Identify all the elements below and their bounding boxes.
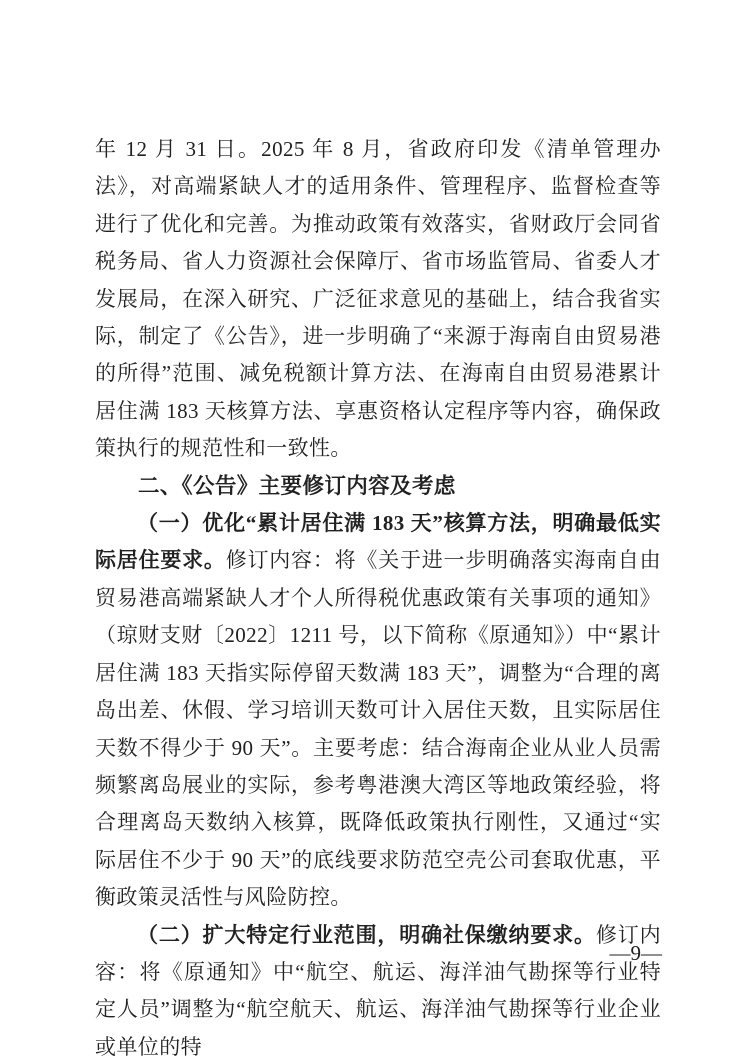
paragraph: 年 12 月 31 日。2025 年 8 月，省政府印发《清单管理办法》，对高端… bbox=[95, 131, 661, 468]
paragraph: （二）扩大特定行业范围，明确社保缴纳要求。修订内容：将《原通知》中“航空、航运、… bbox=[95, 917, 661, 1060]
document-body: 年 12 月 31 日。2025 年 8 月，省政府印发《清单管理办法》，对高端… bbox=[95, 131, 661, 1060]
document-page: 年 12 月 31 日。2025 年 8 月，省政府印发《清单管理办法》，对高端… bbox=[0, 0, 750, 1060]
section-heading: 二、《公告》主要修订内容及考虑 bbox=[95, 468, 661, 505]
page-number: —9— bbox=[610, 941, 663, 965]
text-run: 二、《公告》主要修订内容及考虑 bbox=[138, 474, 456, 498]
paragraph: （一）优化“累计居住满 183 天”核算方法，明确最低实际居住要求。修订内容：将… bbox=[95, 505, 661, 916]
paragraph-lead-emphasis: （二）扩大特定行业范围，明确社保缴纳要求。 bbox=[137, 923, 596, 947]
text-run: 年 12 月 31 日。2025 年 8 月，省政府印发《清单管理办法》，对高端… bbox=[95, 137, 661, 460]
text-run: 修订内容：将《关于进一步明确落实海南自由贸易港高端紧缺人才个人所得税优惠政策有关… bbox=[95, 548, 661, 909]
